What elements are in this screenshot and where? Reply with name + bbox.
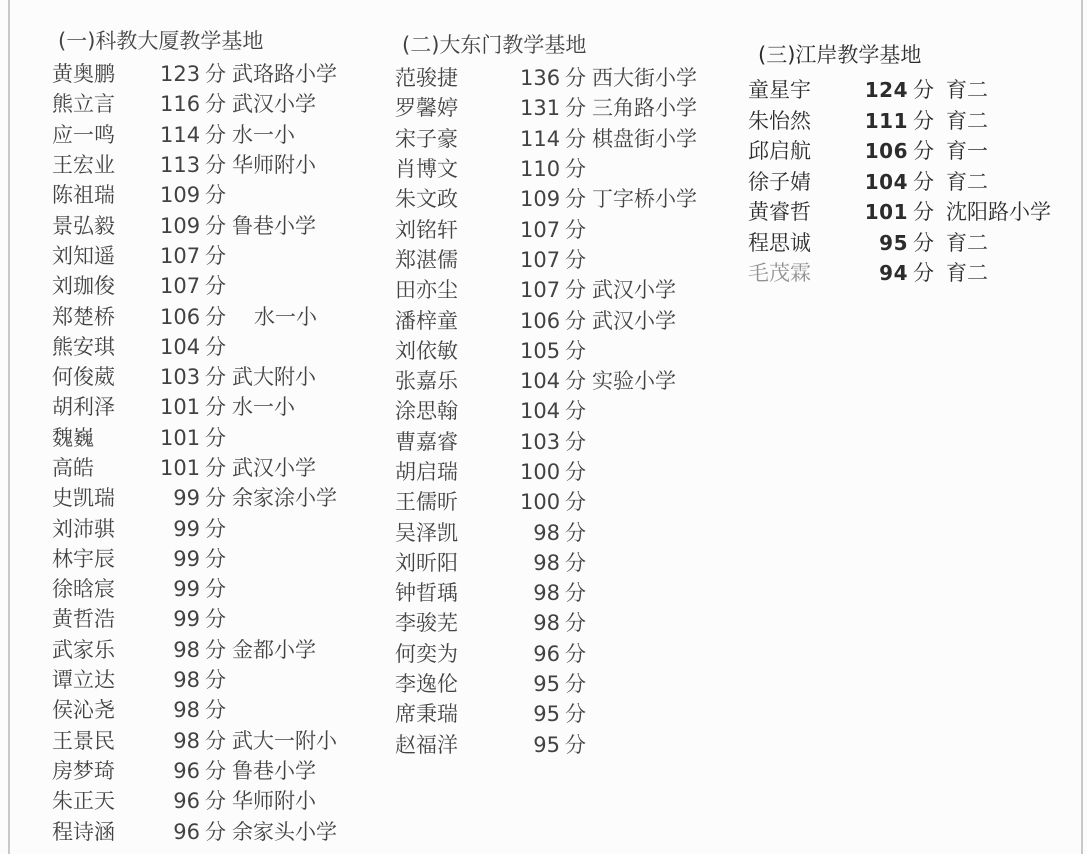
section-dadongmen: (二)大东门教学基地 范骏捷136分西大街小学罗馨婷131分三角路小学宋子豪11… [395, 32, 730, 759]
score-value: 107 [520, 248, 560, 272]
score-unit: 分 [200, 422, 226, 452]
score-unit: 分 [200, 240, 226, 270]
student-row: 王景民98分武大一附小 [52, 725, 387, 755]
score-value: 100 [520, 490, 560, 514]
student-row: 肖博文110分 [395, 153, 730, 183]
score-unit: 分 [560, 577, 586, 607]
student-name: 徐晗宸 [52, 573, 160, 603]
score-unit: 分 [200, 755, 226, 785]
student-row: 黄哲浩99分 [52, 603, 387, 633]
score-value: 98 [520, 551, 560, 575]
student-row: 黄睿哲101分沈阳路小学 [748, 196, 1080, 227]
student-score: 96分 [160, 755, 230, 785]
student-row: 熊安琪104分 [52, 331, 387, 361]
score-value: 136 [520, 66, 560, 90]
score-value: 96 [160, 789, 200, 813]
score-unit: 分 [200, 361, 226, 391]
student-score: 98分 [160, 634, 230, 664]
score-unit: 分 [560, 668, 586, 698]
student-score: 98分 [520, 517, 590, 547]
score-unit: 分 [560, 335, 586, 365]
student-school: 武大附小 [230, 361, 387, 391]
student-row: 刘依敏105分 [395, 335, 730, 365]
student-school: 西大街小学 [590, 62, 730, 92]
score-value: 95 [520, 672, 560, 696]
student-row: 何俊葳103分武大附小 [52, 361, 387, 391]
student-name: 童星宇 [748, 74, 850, 104]
student-name: 陈祖瑞 [52, 179, 160, 209]
student-name: 徐子婧 [748, 166, 850, 196]
student-score: 109分 [160, 210, 230, 240]
score-unit: 分 [560, 183, 586, 213]
score-unit: 分 [560, 638, 586, 668]
student-row: 朱正天96分华师附小 [52, 785, 387, 815]
score-unit: 分 [560, 274, 586, 304]
score-unit: 分 [200, 149, 226, 179]
student-score: 99分 [160, 603, 230, 633]
score-value: 96 [160, 820, 200, 844]
student-name: 胡启瑞 [395, 456, 520, 486]
score-value: 104 [520, 369, 560, 393]
student-school: 育二 [944, 74, 1080, 104]
student-score: 96分 [160, 816, 230, 846]
student-score: 116分 [160, 88, 230, 118]
student-name: 席秉瑞 [395, 698, 520, 728]
score-value: 109 [160, 183, 200, 207]
student-name: 郑湛儒 [395, 244, 520, 274]
score-unit: 分 [560, 92, 586, 122]
student-name: 刘沛骐 [52, 513, 160, 543]
student-name: 朱文政 [395, 183, 520, 213]
student-score: 100分 [520, 456, 590, 486]
student-row: 王儒昕100分 [395, 486, 730, 516]
score-value: 104 [160, 335, 200, 359]
score-value: 95 [850, 231, 908, 255]
student-score: 107分 [520, 274, 590, 304]
student-school: 沈阳路小学 [944, 196, 1080, 226]
student-row: 何奕为96分 [395, 638, 730, 668]
score-unit: 分 [908, 74, 934, 104]
student-score: 104分 [160, 331, 230, 361]
section-title: (二)大东门教学基地 [402, 32, 730, 58]
score-value: 106 [160, 305, 200, 329]
student-row: 侯沁尧98分 [52, 694, 387, 724]
score-value: 101 [160, 395, 200, 419]
score-unit: 分 [908, 227, 934, 257]
student-name: 林宇辰 [52, 543, 160, 573]
score-unit: 分 [200, 210, 226, 240]
score-unit: 分 [560, 456, 586, 486]
student-row: 谭立达98分 [52, 664, 387, 694]
student-score: 104分 [850, 166, 944, 196]
student-row: 李骏芜98分 [395, 607, 730, 637]
student-row: 赵福洋95分 [395, 729, 730, 759]
student-school: 华师附小 [230, 785, 387, 815]
score-value: 98 [520, 611, 560, 635]
score-value: 104 [850, 170, 908, 194]
score-unit: 分 [200, 58, 226, 88]
student-score: 105分 [520, 335, 590, 365]
student-score: 107分 [520, 244, 590, 274]
score-value: 113 [160, 153, 200, 177]
score-unit: 分 [200, 119, 226, 149]
student-score: 110分 [520, 153, 590, 183]
section-kejiao-dasha: (一)科教大厦教学基地 黄奥鹏123分武珞路小学熊立言116分武汉小学应一鸣11… [52, 28, 387, 846]
student-name: 熊安琪 [52, 331, 160, 361]
student-name: 王儒昕 [395, 486, 520, 516]
student-row: 景弘毅109分鲁巷小学 [52, 209, 387, 239]
score-unit: 分 [560, 698, 586, 728]
right-border-line [1081, 0, 1083, 854]
student-score: 101分 [160, 422, 230, 452]
student-row: 王宏业113分华师附小 [52, 149, 387, 179]
student-row: 刘珈俊107分 [52, 270, 387, 300]
student-name: 刘珈俊 [52, 270, 160, 300]
student-score: 99分 [160, 573, 230, 603]
student-score: 124分 [850, 74, 944, 104]
student-row: 涂思翰104分 [395, 395, 730, 425]
student-score: 114分 [160, 119, 230, 149]
score-value: 94 [850, 261, 908, 285]
score-value: 103 [160, 365, 200, 389]
score-unit: 分 [200, 88, 226, 118]
student-score: 100分 [520, 486, 590, 516]
student-name: 李逸伦 [395, 668, 520, 698]
student-name: 刘铭轩 [395, 214, 520, 244]
student-score: 136分 [520, 62, 590, 92]
score-unit: 分 [200, 694, 226, 724]
student-row: 林宇辰99分 [52, 543, 387, 573]
student-score: 101分 [160, 452, 230, 482]
score-value: 107 [520, 218, 560, 242]
student-row: 史凯瑞99分余家涂小学 [52, 482, 387, 512]
student-row: 徐子婧104分育二 [748, 166, 1080, 197]
student-row: 刘铭轩107分 [395, 213, 730, 243]
score-unit: 分 [908, 166, 934, 196]
student-school: 金都小学 [230, 634, 387, 664]
score-unit: 分 [200, 725, 226, 755]
student-score: 123分 [160, 58, 230, 88]
student-score: 98分 [520, 547, 590, 577]
score-value: 98 [160, 668, 200, 692]
student-name: 钟晢瑀 [395, 577, 520, 607]
score-value: 98 [520, 521, 560, 545]
score-unit: 分 [560, 517, 586, 547]
student-school: 华师附小 [230, 149, 387, 179]
score-value: 110 [520, 157, 560, 181]
student-row: 高皓101分武汉小学 [52, 452, 387, 482]
section-title: (三)江岸教学基地 [758, 42, 1080, 68]
score-value: 96 [160, 759, 200, 783]
score-value: 105 [520, 339, 560, 363]
score-value: 109 [520, 187, 560, 211]
score-unit: 分 [200, 573, 226, 603]
student-school: 武大一附小 [230, 725, 387, 755]
score-unit: 分 [200, 331, 226, 361]
student-row: 田亦尘107分武汉小学 [395, 274, 730, 304]
student-school: 鲁巷小学 [230, 755, 387, 785]
student-name: 熊立言 [52, 88, 160, 118]
score-value: 107 [160, 274, 200, 298]
student-score: 94分 [850, 257, 944, 287]
student-name: 程思诚 [748, 227, 850, 257]
student-school: 育二 [944, 257, 1080, 287]
student-row: 范骏捷136分西大街小学 [395, 62, 730, 92]
student-name: 罗馨婷 [395, 92, 520, 122]
student-row: 房梦琦96分鲁巷小学 [52, 755, 387, 785]
student-score: 96分 [160, 785, 230, 815]
score-value: 95 [520, 733, 560, 757]
student-school: 育二 [944, 105, 1080, 135]
student-name: 吴泽凯 [395, 517, 520, 547]
student-row: 程诗涵96分余家头小学 [52, 815, 387, 845]
student-name: 潘梓童 [395, 305, 520, 335]
student-score: 99分 [160, 513, 230, 543]
section-jiangan: (三)江岸教学基地 童星宇124分育二朱怡然111分育二邱启航106分育一徐子婧… [748, 42, 1080, 288]
student-school: 武汉小学 [230, 452, 387, 482]
student-score: 95分 [520, 729, 590, 759]
score-unit: 分 [200, 634, 226, 664]
student-row: 刘沛骐99分 [52, 512, 387, 542]
student-school: 育二 [944, 166, 1080, 196]
score-unit: 分 [200, 513, 226, 543]
score-unit: 分 [200, 785, 226, 815]
student-name: 刘知遥 [52, 240, 160, 270]
student-school: 余家涂小学 [230, 482, 387, 512]
student-school: 丁字桥小学 [590, 183, 730, 213]
score-unit: 分 [200, 391, 226, 421]
score-unit: 分 [560, 62, 586, 92]
student-name: 王宏业 [52, 149, 160, 179]
score-unit: 分 [560, 365, 586, 395]
score-value: 111 [850, 109, 908, 133]
student-score: 111分 [850, 105, 944, 135]
student-score: 109分 [520, 183, 590, 213]
student-score: 95分 [520, 698, 590, 728]
student-row: 曹嘉睿103分 [395, 426, 730, 456]
student-name: 房梦琦 [52, 755, 160, 785]
student-score: 107分 [160, 240, 230, 270]
student-row: 武家乐98分金都小学 [52, 634, 387, 664]
score-unit: 分 [560, 244, 586, 274]
score-value: 107 [520, 278, 560, 302]
score-unit: 分 [560, 426, 586, 456]
score-value: 116 [160, 92, 200, 116]
score-value: 98 [160, 698, 200, 722]
student-score: 95分 [850, 227, 944, 257]
student-school: 水一小 [230, 301, 387, 331]
student-row: 陈祖瑞109分 [52, 179, 387, 209]
score-value: 99 [160, 607, 200, 631]
student-school: 育一 [944, 135, 1080, 165]
student-name: 范骏捷 [395, 62, 520, 92]
rows: 黄奥鹏123分武珞路小学熊立言116分武汉小学应一鸣114分水一小王宏业113分… [52, 58, 387, 846]
document-page: (一)科教大厦教学基地 黄奥鹏123分武珞路小学熊立言116分武汉小学应一鸣11… [0, 0, 1087, 854]
student-name: 侯沁尧 [52, 694, 160, 724]
left-border-line [8, 0, 10, 854]
student-name: 黄哲浩 [52, 603, 160, 633]
student-school: 水一小 [230, 391, 387, 421]
student-name: 何奕为 [395, 638, 520, 668]
student-score: 106分 [520, 305, 590, 335]
student-name: 涂思翰 [395, 395, 520, 425]
score-value: 109 [160, 214, 200, 238]
student-name: 应一鸣 [52, 119, 160, 149]
score-value: 106 [520, 309, 560, 333]
rows: 童星宇124分育二朱怡然111分育二邱启航106分育一徐子婧104分育二黄睿哲1… [748, 74, 1080, 288]
student-score: 98分 [160, 664, 230, 694]
student-row: 郑湛儒107分 [395, 244, 730, 274]
student-row: 毛茂霖94分育二 [748, 257, 1080, 288]
score-unit: 分 [560, 123, 586, 153]
score-value: 99 [160, 517, 200, 541]
score-unit: 分 [908, 135, 934, 165]
rows: 范骏捷136分西大街小学罗馨婷131分三角路小学宋子豪114分棋盘街小学肖博文1… [395, 62, 730, 759]
score-unit: 分 [200, 482, 226, 512]
student-name: 程诗涵 [52, 816, 160, 846]
student-name: 张嘉乐 [395, 365, 520, 395]
student-score: 98分 [520, 577, 590, 607]
score-unit: 分 [560, 486, 586, 516]
score-unit: 分 [560, 547, 586, 577]
student-row: 朱文政109分丁字桥小学 [395, 183, 730, 213]
student-score: 98分 [160, 694, 230, 724]
student-row: 徐晗宸99分 [52, 573, 387, 603]
student-name: 田亦尘 [395, 274, 520, 304]
student-row: 郑楚桥106分水一小 [52, 300, 387, 330]
score-unit: 分 [560, 607, 586, 637]
student-score: 98分 [160, 725, 230, 755]
student-name: 赵福洋 [395, 729, 520, 759]
student-name: 王景民 [52, 725, 160, 755]
student-name: 曹嘉睿 [395, 426, 520, 456]
student-name: 宋子豪 [395, 123, 520, 153]
student-name: 谭立达 [52, 664, 160, 694]
student-row: 潘梓童106分武汉小学 [395, 304, 730, 334]
score-value: 101 [850, 200, 908, 224]
student-name: 魏巍 [52, 422, 160, 452]
score-unit: 分 [560, 153, 586, 183]
student-row: 黄奥鹏123分武珞路小学 [52, 58, 387, 88]
student-row: 应一鸣114分水一小 [52, 119, 387, 149]
student-score: 106分 [160, 301, 230, 331]
student-row: 熊立言116分武汉小学 [52, 88, 387, 118]
student-name: 史凯瑞 [52, 482, 160, 512]
score-unit: 分 [908, 105, 934, 135]
student-score: 99分 [160, 482, 230, 512]
student-school: 育二 [944, 227, 1080, 257]
student-name: 黄睿哲 [748, 196, 850, 226]
student-school: 实验小学 [590, 365, 730, 395]
score-value: 124 [850, 78, 908, 102]
student-row: 朱怡然111分育二 [748, 105, 1080, 136]
student-score: 103分 [160, 361, 230, 391]
score-value: 95 [520, 702, 560, 726]
student-school: 武珞路小学 [230, 58, 387, 88]
student-school: 水一小 [230, 119, 387, 149]
score-unit: 分 [200, 664, 226, 694]
student-school: 棋盘街小学 [590, 123, 730, 153]
student-school: 武汉小学 [590, 274, 730, 304]
student-name: 郑楚桥 [52, 301, 160, 331]
score-unit: 分 [200, 603, 226, 633]
student-row: 程思诚95分育二 [748, 227, 1080, 258]
student-name: 肖博文 [395, 153, 520, 183]
student-name: 胡利泽 [52, 391, 160, 421]
score-value: 99 [160, 547, 200, 571]
section-title: (一)科教大厦教学基地 [58, 28, 387, 54]
student-row: 钟晢瑀98分 [395, 577, 730, 607]
score-unit: 分 [560, 214, 586, 244]
student-row: 李逸伦95分 [395, 668, 730, 698]
student-name: 毛茂霖 [748, 257, 850, 287]
score-value: 99 [160, 486, 200, 510]
student-name: 李骏芜 [395, 607, 520, 637]
student-score: 109分 [160, 179, 230, 209]
student-row: 吴泽凯98分 [395, 516, 730, 546]
score-value: 107 [160, 244, 200, 268]
student-name: 高皓 [52, 452, 160, 482]
score-value: 131 [520, 96, 560, 120]
score-unit: 分 [908, 196, 934, 226]
student-score: 106分 [850, 135, 944, 165]
score-value: 101 [160, 426, 200, 450]
student-row: 刘昕阳98分 [395, 547, 730, 577]
student-row: 童星宇124分育二 [748, 74, 1080, 105]
score-value: 123 [160, 62, 200, 86]
student-score: 107分 [520, 214, 590, 244]
student-score: 131分 [520, 92, 590, 122]
score-unit: 分 [200, 270, 226, 300]
score-unit: 分 [200, 301, 226, 331]
student-row: 魏巍101分 [52, 422, 387, 452]
score-value: 104 [520, 399, 560, 423]
student-school: 三角路小学 [590, 92, 730, 122]
student-school: 武汉小学 [230, 88, 387, 118]
student-score: 113分 [160, 149, 230, 179]
score-unit: 分 [200, 543, 226, 573]
score-value: 106 [850, 139, 908, 163]
student-score: 101分 [160, 391, 230, 421]
score-value: 114 [520, 127, 560, 151]
student-school: 鲁巷小学 [230, 210, 387, 240]
student-score: 95分 [520, 668, 590, 698]
student-row: 胡利泽101分水一小 [52, 391, 387, 421]
student-school: 武汉小学 [590, 305, 730, 335]
student-name: 景弘毅 [52, 210, 160, 240]
student-name: 刘依敏 [395, 335, 520, 365]
student-row: 邱启航106分育一 [748, 135, 1080, 166]
student-score: 101分 [850, 196, 944, 226]
student-name: 朱怡然 [748, 105, 850, 135]
student-row: 席秉瑞95分 [395, 698, 730, 728]
score-unit: 分 [560, 305, 586, 335]
score-value: 100 [520, 460, 560, 484]
student-score: 99分 [160, 543, 230, 573]
student-name: 朱正天 [52, 785, 160, 815]
student-row: 罗馨婷131分三角路小学 [395, 92, 730, 122]
score-unit: 分 [560, 395, 586, 425]
score-value: 98 [160, 638, 200, 662]
student-row: 胡启瑞100分 [395, 456, 730, 486]
score-unit: 分 [200, 816, 226, 846]
student-row: 刘知遥107分 [52, 240, 387, 270]
student-school: 余家头小学 [230, 816, 387, 846]
student-score: 96分 [520, 638, 590, 668]
student-name: 邱启航 [748, 135, 850, 165]
score-unit: 分 [200, 179, 226, 209]
score-unit: 分 [908, 257, 934, 287]
